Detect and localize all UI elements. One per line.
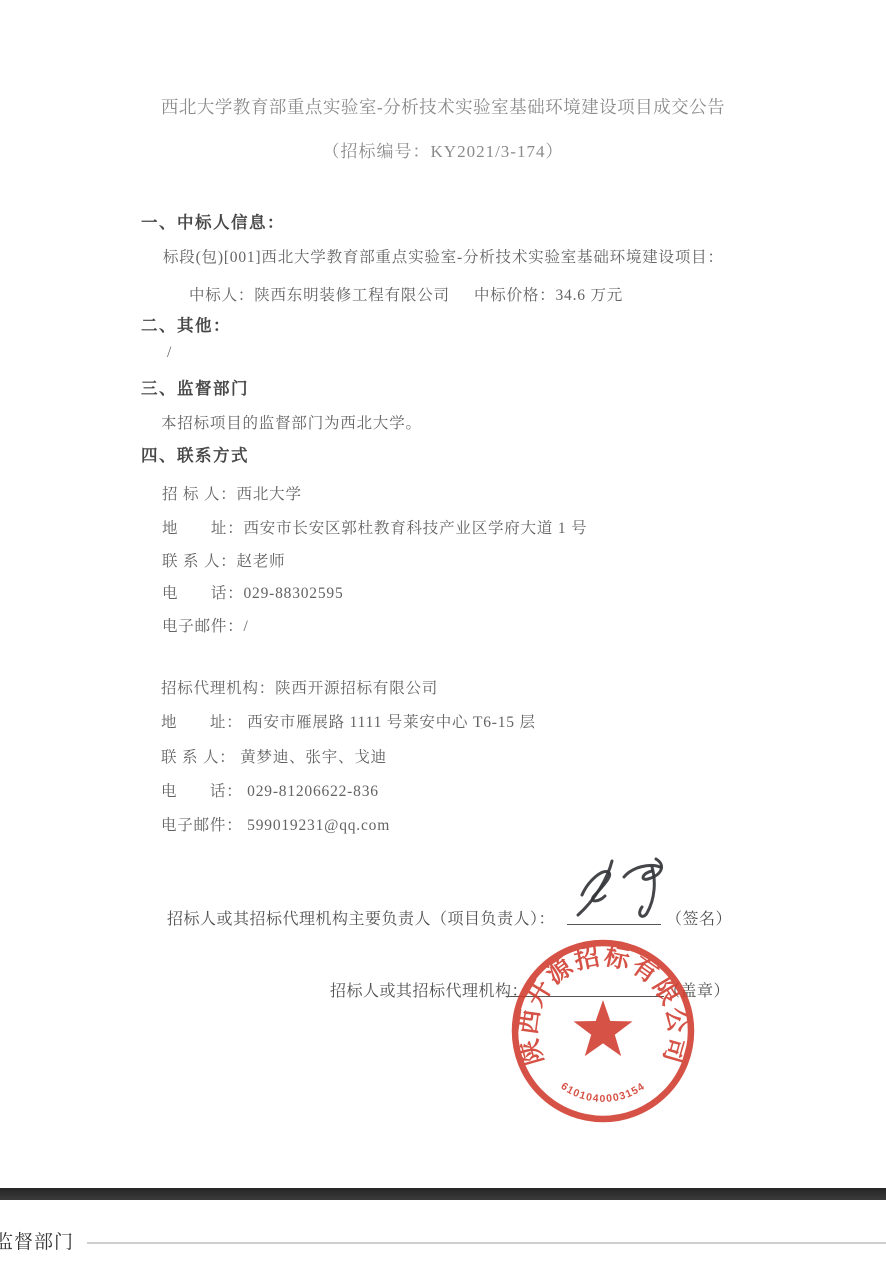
tenderer-address-line: 地 址：西安市长安区郭杜教育科技产业区学府大道 1 号 [162,516,587,538]
footer-band [0,1188,886,1200]
section-2-heading: 二、其他： [141,312,231,336]
package-line: 标段(包)[001]西北大学教育部重点实验室-分析技术实验室基础环境建设项目： [163,245,724,267]
agency-email-line: 电子邮件： 599019231@qq.com [161,813,390,835]
tenderer-name-line: 招 标 人：西北大学 [162,482,302,504]
stamp-star-icon [574,1000,633,1056]
section-3-content: 本招标项目的监督部门为西北大学。 [161,411,422,433]
document-page: 西北大学教育部重点实验室-分析技术实验室基础环境建设项目成交公告 （招标编号：K… [0,0,886,1269]
company-stamp: 陕西开源招标有限公司 6101040003154 [503,931,703,1131]
agency-contact-line: 联 系 人： 黄梦迪、张宇、戈迪 [161,745,387,767]
winner-name: 中标人：陕西东明装修工程有限公司 [189,283,450,305]
footer-partial-heading: 监督部门 [0,1227,74,1254]
agency-address-line: 地 址： 西安市雁展路 1111 号莱安中心 T6-15 层 [161,710,536,732]
document-title: 西北大学教育部重点实验室-分析技术实验室基础环境建设项目成交公告 [0,94,886,119]
section-4-heading: 四、联系方式 [141,442,249,466]
sign-suffix: （签名） [666,906,732,929]
section-2-content: / [167,344,172,362]
tenderer-contact-line: 联 系 人：赵老师 [162,549,285,571]
agency-name-line: 招标代理机构：陕西开源招标有限公司 [161,676,438,698]
tender-number-subtitle: （招标编号：KY2021/3-174） [0,137,886,162]
principal-signoff-line: 招标人或其招标代理机构主要负责人（项目负责人）： [167,906,555,929]
section-3-heading: 三、监督部门 [141,375,249,399]
footer-divider-line [87,1242,886,1244]
agency-phone-line: 电 话： 029-81206622-836 [161,779,379,801]
tenderer-phone-line: 电 话：029-88302595 [162,581,344,603]
signature-scribble [572,853,672,929]
stamp-number-text: 6101040003154 [559,1080,648,1105]
winner-price: 中标价格：34.6 万元 [474,283,623,305]
section-1-heading: 一、中标人信息： [141,209,285,233]
tenderer-email-line: 电子邮件：/ [162,614,249,636]
org-signoff-line: 招标人或其招标代理机构： [330,978,528,1001]
